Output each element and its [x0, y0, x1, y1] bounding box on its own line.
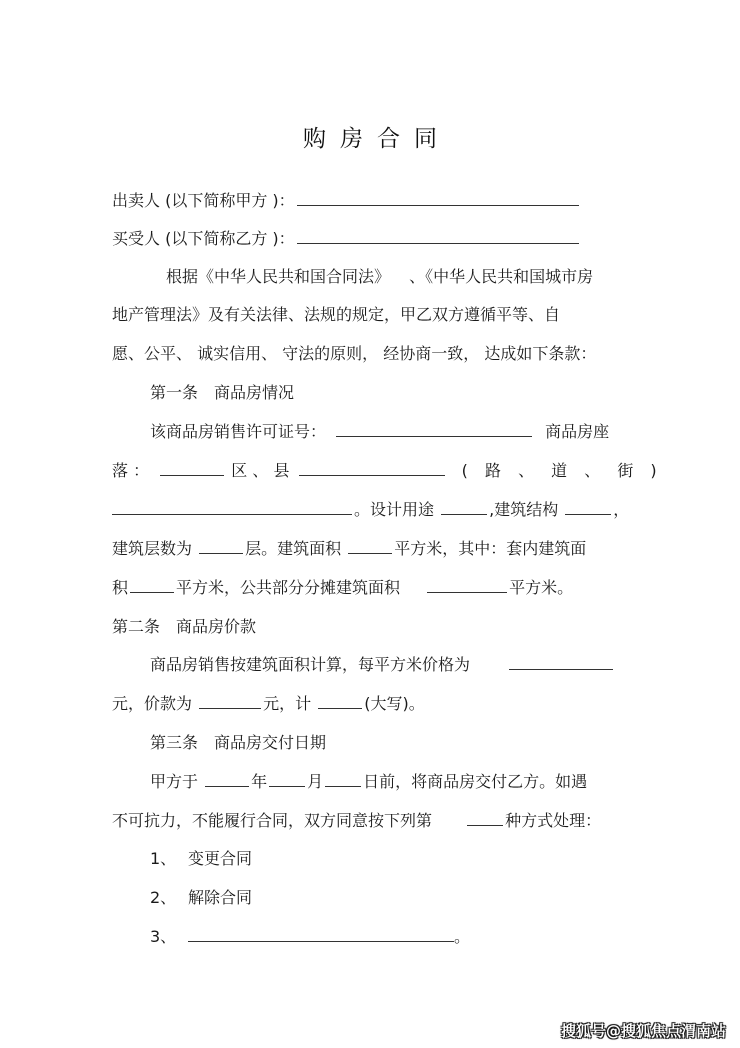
month-label: 月 [307, 772, 323, 791]
buyer-blank[interactable] [297, 229, 579, 244]
year-blank[interactable] [205, 772, 249, 787]
total-price-blank[interactable] [199, 694, 261, 709]
comma: ， [613, 500, 629, 519]
delivery-date-line: 甲方于 年月日前，将商品房交付乙方。如遇 [150, 771, 670, 793]
permit-suffix: 商品房座 [545, 422, 609, 441]
price-unit: 元，价款为 [112, 694, 192, 713]
inner-area-line: 积平方米，公共部分分摊建筑面积 平方米。 [112, 577, 632, 599]
date-prefix: 甲方于 [150, 772, 198, 791]
building-area-blank[interactable] [348, 539, 392, 554]
county-blank[interactable] [299, 461, 445, 476]
option-3-number: 3、 [150, 926, 188, 948]
option-2-number: 2、 [150, 887, 188, 909]
floors-line: 建筑层数为 层。建筑面积 平方米，其中：套内建筑面 [112, 538, 632, 560]
permit-label: 该商品房销售许可证号： [150, 422, 326, 441]
force-majeure-line: 不可抗力，不能履行合同，双方同意按下列第 种方式处理： [112, 810, 632, 832]
preamble-line-2: 地产管理法》及有关法律、法规的规定，甲乙双方遵循平等、自 [112, 304, 632, 326]
district-label: 区 、 县 [231, 461, 289, 480]
month-blank[interactable] [269, 772, 305, 787]
total-unit: 元，计 [263, 694, 311, 713]
option-3: 3、。 [150, 926, 670, 948]
option-3-suffix: 。 [454, 927, 470, 946]
buyer-line: 买受人 (以下简称乙方 )： [112, 228, 632, 250]
location-prefix: 落 ： [112, 461, 149, 480]
option-1-text: 变更合同 [188, 849, 252, 868]
seller-blank[interactable] [297, 191, 579, 206]
option-1-number: 1、 [150, 848, 188, 870]
inner-suffix: 平方米，公共部分分摊建筑面积 [176, 578, 400, 597]
option-2: 2、解除合同 [150, 887, 670, 909]
district-blank[interactable] [160, 461, 224, 476]
document-title: 购房合同 [0, 124, 740, 154]
usage-blank[interactable] [441, 500, 487, 515]
structure-blank[interactable] [565, 500, 611, 515]
preamble-line-3: 愿、公平、 诚实信用、 守法的原则， 经协商一致， 达成如下条款： [112, 343, 632, 365]
year-label: 年 [251, 772, 267, 791]
permit-number-blank[interactable] [336, 422, 532, 437]
capital-label: (大写)。 [364, 694, 425, 713]
buyer-label: 买受人 (以下简称乙方 )： [112, 229, 295, 248]
total-price-line: 元，价款为 元，计 (大写)。 [112, 693, 632, 715]
article-2-heading: 第二条 商品房价款 [112, 616, 632, 638]
unit-price-blank[interactable] [509, 655, 613, 670]
day-suffix: 日前，将商品房交付乙方。如遇 [363, 772, 587, 791]
shared-area-blank[interactable] [427, 578, 507, 593]
floors-suffix: 层。建筑面积 [245, 539, 341, 558]
seller-label: 出卖人 (以下简称甲方 )： [112, 191, 295, 210]
preamble-line-1: 根据《中华人民共和国合同法》 、《中华人民共和国城市房 [166, 266, 686, 288]
inner-prefix: 积 [112, 578, 128, 597]
permit-line: 该商品房销售许可证号： 商品房座 [150, 421, 632, 443]
method-suffix: 种方式处理： [505, 811, 601, 830]
preamble-text-1a: 根据《中华人民共和国合同法》 [166, 267, 390, 286]
area-suffix: 平方米，其中：套内建筑面 [394, 539, 586, 558]
usage-line: 。设计用途 ,建筑结构 ， [112, 499, 632, 521]
preamble-text-1b: 、《中华人民共和国城市房 [409, 267, 593, 286]
price-label: 商品房销售按建筑面积计算，每平方米价格为 [150, 655, 470, 674]
structure-label: ,建筑结构 [489, 500, 558, 519]
usage-label: 。设计用途 [354, 500, 434, 519]
option-1: 1、变更合同 [150, 848, 670, 870]
method-number-blank[interactable] [467, 811, 503, 826]
inner-area-blank[interactable] [130, 578, 174, 593]
option-2-text: 解除合同 [188, 888, 252, 907]
article-3-heading: 第三条 商品房交付日期 [150, 732, 670, 754]
street-label: ( 路 、 道 、 街 ) [462, 461, 663, 480]
option-3-blank[interactable] [188, 927, 454, 942]
force-majeure-text: 不可抗力，不能履行合同，双方同意按下列第 [112, 811, 432, 830]
article-1-heading: 第一条 商品房情况 [150, 382, 670, 404]
day-blank[interactable] [325, 772, 361, 787]
floors-blank[interactable] [199, 539, 243, 554]
seller-line: 出卖人 (以下简称甲方 )： [112, 190, 632, 212]
location-line: 落 ： 区 、 县 ( 路 、 道 、 街 ) [112, 460, 632, 482]
address-blank[interactable] [112, 500, 352, 515]
floors-label: 建筑层数为 [112, 539, 192, 558]
document-page: 购房合同 出卖人 (以下简称甲方 )： 买受人 (以下简称乙方 )： 根据《中华… [0, 0, 740, 1048]
capital-amount-blank[interactable] [318, 694, 362, 709]
shared-suffix: 平方米。 [509, 578, 573, 597]
watermark: 搜狐号@搜狐焦点渭南站 [561, 1020, 726, 1041]
price-line: 商品房销售按建筑面积计算，每平方米价格为 [150, 654, 632, 676]
